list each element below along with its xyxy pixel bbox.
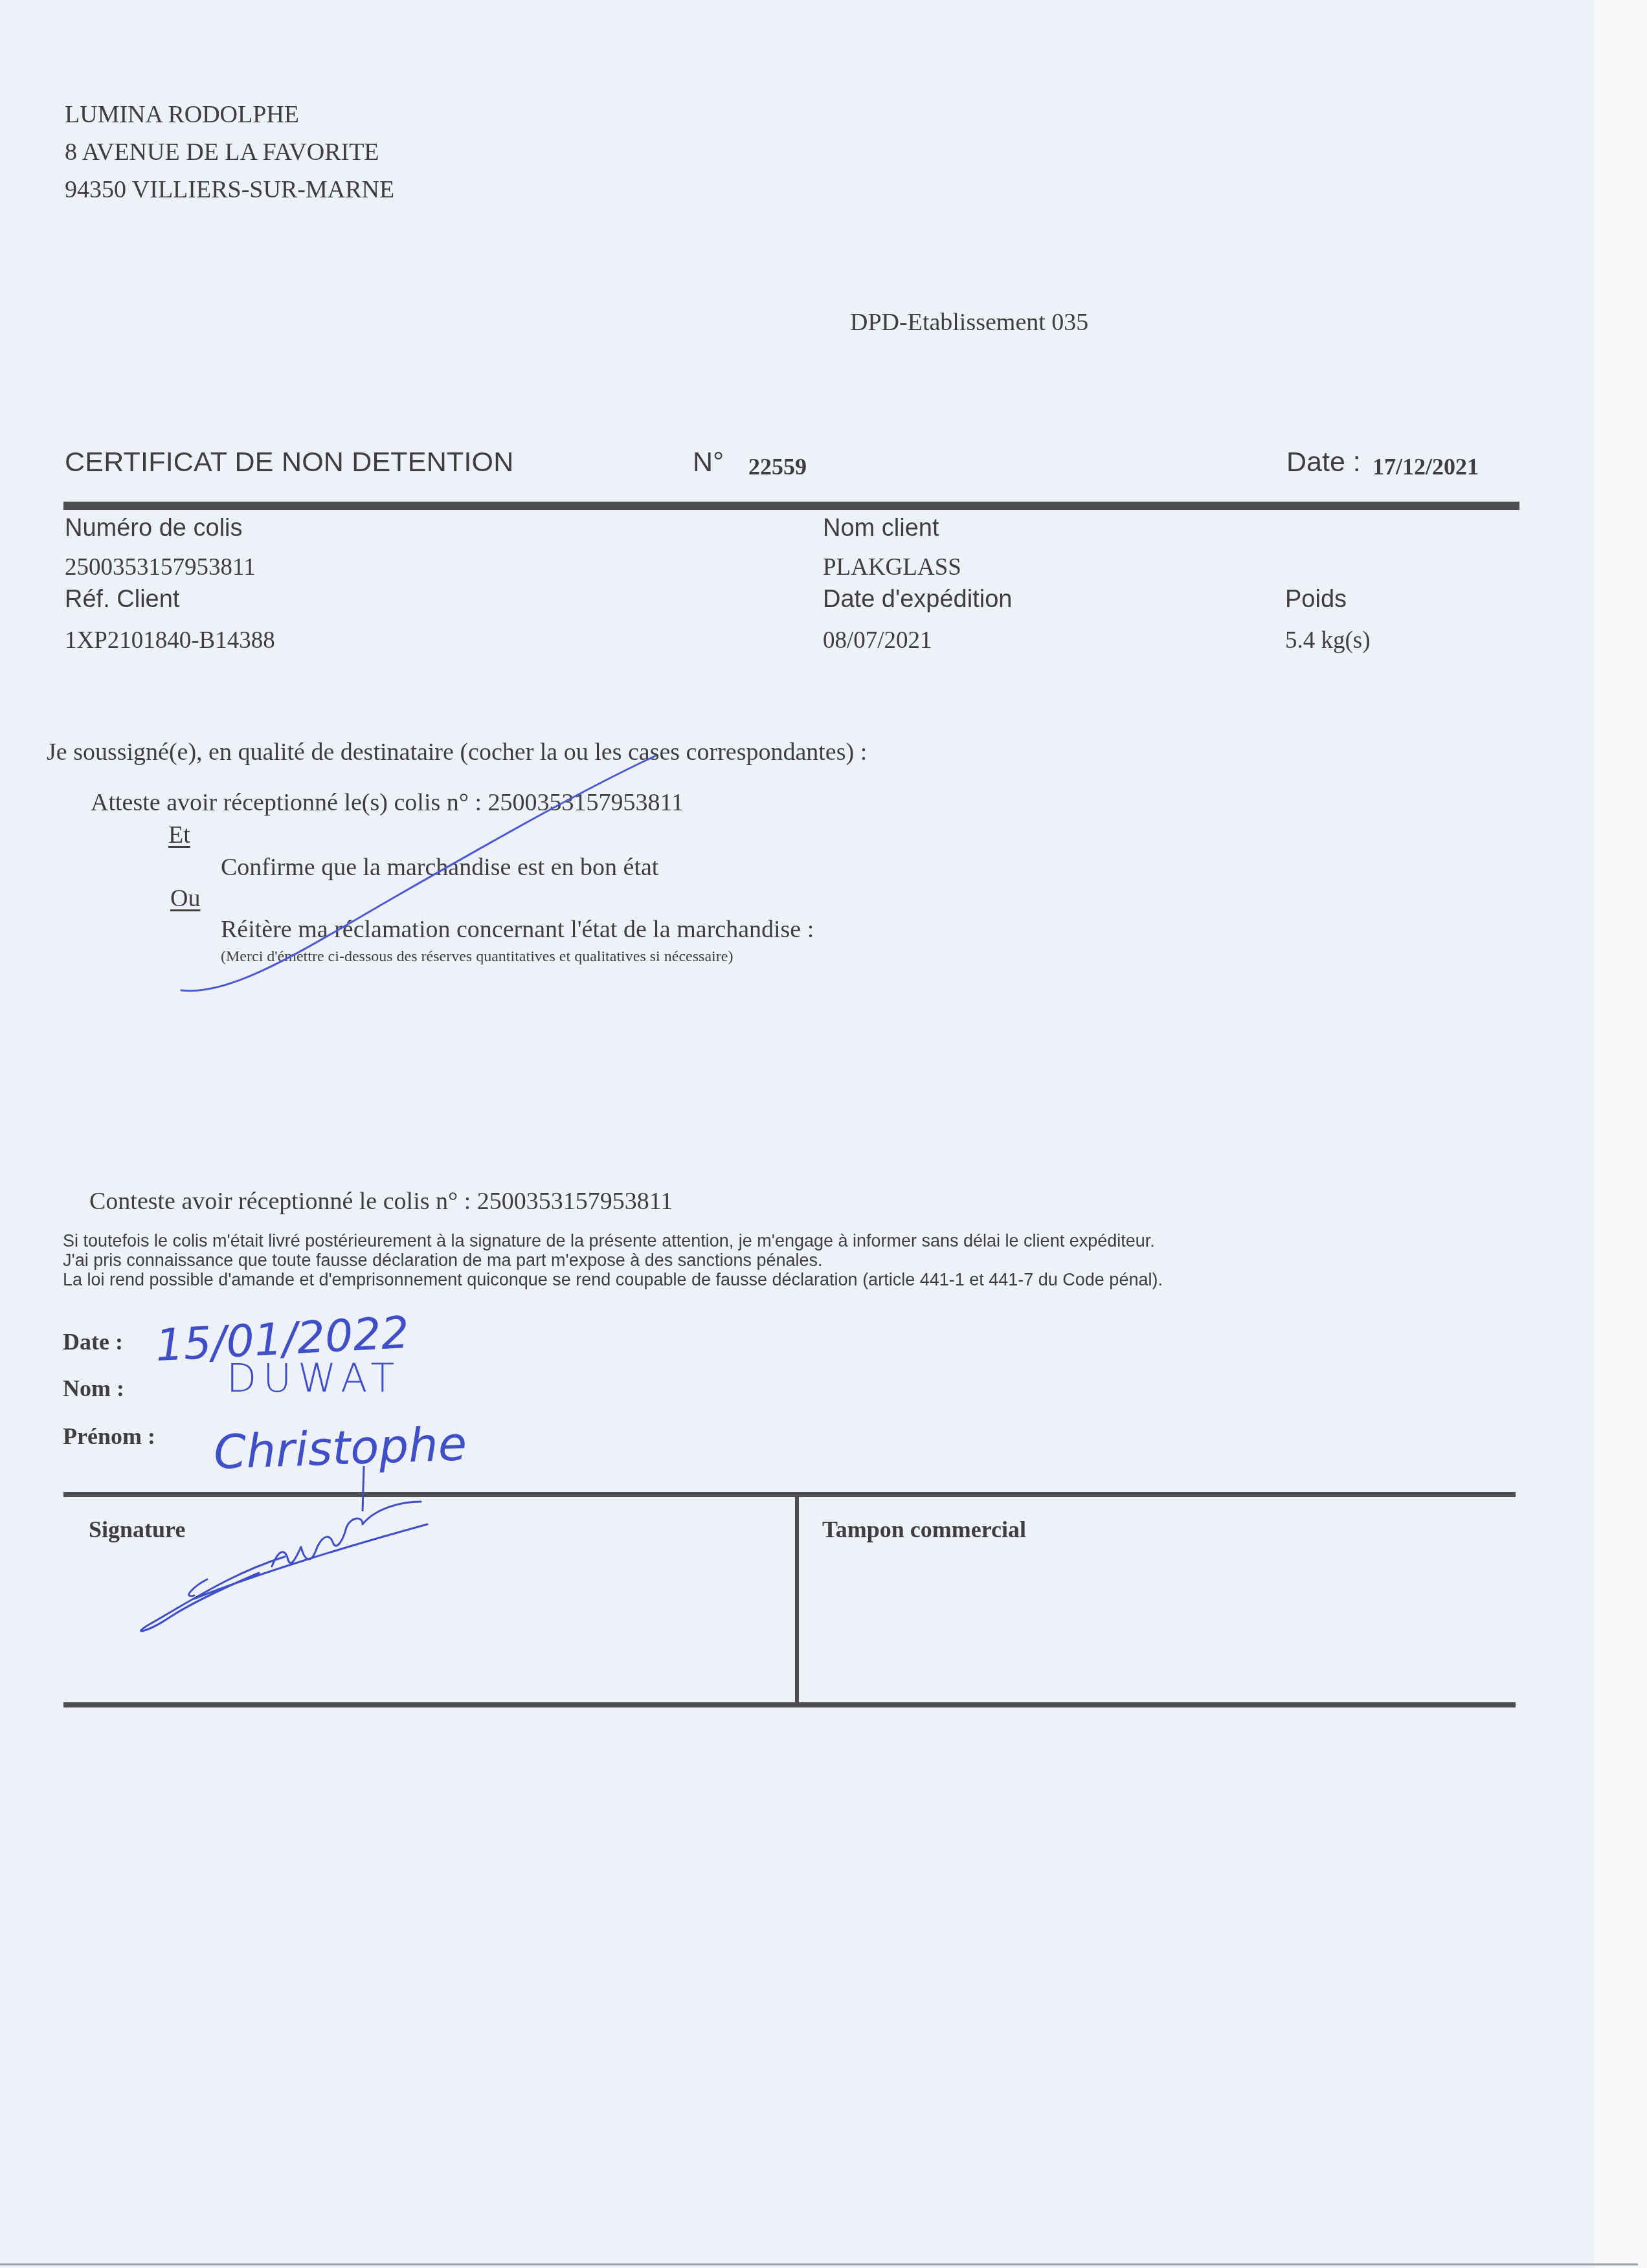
pen-marks <box>0 0 1647 2268</box>
sender-name: LUMINA RODOLPHE <box>65 96 299 133</box>
poids-label: Poids <box>1285 586 1347 614</box>
poids-value: 5.4 kg(s) <box>1285 627 1371 654</box>
certificate-number: 22559 <box>748 453 807 480</box>
sign-prenom-value[interactable]: Christophe <box>213 1416 468 1480</box>
scan-bottom-edge <box>0 2263 1638 2265</box>
establishment: DPD-Etablissement 035 <box>850 308 1088 337</box>
scan-edge-strip <box>1595 0 1647 2268</box>
date-expedition-label: Date d'expédition <box>823 586 1012 614</box>
sign-date-label: Date : <box>63 1328 123 1355</box>
declaration-intro: Je soussigné(e), en qualité de destinata… <box>47 738 867 766</box>
nom-client-value: PLAKGLASS <box>823 553 961 581</box>
option-atteste: Atteste avoir réceptionné le(s) colis n°… <box>91 788 684 817</box>
legal-line: Si toutefois le colis m'était livré post… <box>63 1231 1155 1251</box>
box-top-rule <box>63 1492 1516 1497</box>
legal-line: J'ai pris connaissance que toute fausse … <box>63 1251 823 1271</box>
date-expedition-value: 08/07/2021 <box>823 627 932 654</box>
option-conteste: Conteste avoir réceptionné le colis n° :… <box>89 1187 673 1216</box>
certificate-number-label: N° <box>693 447 724 478</box>
sign-nom-value[interactable]: DUWAT <box>227 1356 401 1401</box>
option-confirme: Confirme que la marchandise est en bon é… <box>221 853 658 882</box>
legal-line: La loi rend possible d'amande et d'empri… <box>63 1270 1163 1290</box>
signature-area[interactable] <box>67 1497 792 1701</box>
certificate-date-label: Date : <box>1286 447 1361 478</box>
box-bottom-rule <box>63 1702 1516 1707</box>
nom-client-label: Nom client <box>823 515 939 542</box>
conjunction-ou: Ou <box>170 884 200 913</box>
option-reitere: Réitère ma réclamation concernant l'état… <box>221 915 814 944</box>
reitere-note: (Merci d'émettre ci-dessous des réserves… <box>221 948 733 966</box>
numero-colis-value: 2500353157953811 <box>65 553 256 581</box>
certificate-date: 17/12/2021 <box>1372 453 1479 480</box>
ref-client-value: 1XP2101840-B14388 <box>65 627 275 654</box>
sign-nom-label: Nom : <box>63 1375 124 1402</box>
document-title: CERTIFICAT DE NON DETENTION <box>65 447 513 478</box>
sender-city: 94350 VILLIERS-SUR-MARNE <box>65 171 394 208</box>
sign-prenom-label: Prénom : <box>63 1423 155 1450</box>
ref-client-label: Réf. Client <box>65 586 179 614</box>
sender-street: 8 AVENUE DE LA FAVORITE <box>65 133 379 171</box>
box-divider <box>795 1492 799 1707</box>
conjunction-et: Et <box>168 821 190 849</box>
numero-colis-label: Numéro de colis <box>65 515 243 542</box>
header-rule <box>63 502 1519 510</box>
stamp-area[interactable] <box>800 1497 1515 1701</box>
